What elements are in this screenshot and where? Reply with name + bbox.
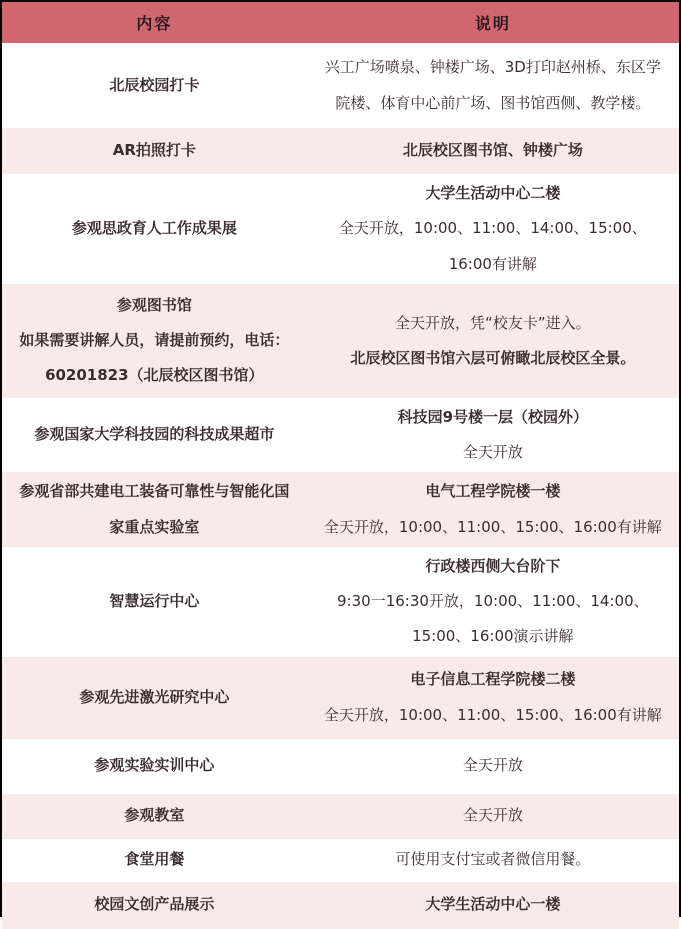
table-row: 校园文创产品展示 大学生活动中心一楼 [2, 882, 679, 929]
desc-cell: 可使用支付宝或者微信用餐。 [307, 839, 679, 882]
desc-line: 大学生活动中心一楼 [319, 887, 667, 922]
content-cell: 校园文创产品展示 [2, 882, 307, 929]
header-cell-content: 内容 [2, 2, 307, 43]
content-cell: 参观实验实训中心 [2, 739, 307, 794]
desc-cell: 兴工广场喷泉、钟楼广场、3D打印赵州桥、东区学院楼、体育中心前广场、图书馆西侧、… [307, 43, 679, 128]
desc-line: 全天开放 [319, 435, 667, 470]
desc-line: 9:30一16:30开放，10:00、11:00、14:00、15:00、16:… [319, 584, 667, 655]
desc-line: 北辰校区图书馆、钟楼广场 [319, 133, 667, 168]
table-row: 参观图书馆 如果需要讲解人员，请提前预约，电话：60201823（北辰校区图书馆… [2, 284, 679, 398]
table-row: 参观思政育人工作成果展 大学生活动中心二楼 全天开放，10:00、11:00、1… [2, 174, 679, 284]
content-line: 如果需要讲解人员，请提前预约，电话：60201823（北辰校区图书馆） [14, 323, 295, 394]
desc-cell: 全天开放 [307, 739, 679, 794]
table-row: 参观省部共建电工装备可靠性与智能化国家重点实验室 电气工程学院楼一楼 全天开放，… [2, 472, 679, 547]
table-row: AR拍照打卡 北辰校区图书馆、钟楼广场 [2, 128, 679, 174]
desc-line: 全天开放，10:00、11:00、14:00、15:00、16:00有讲解 [319, 211, 667, 282]
content-cell: 参观国家大学科技园的科技成果超市 [2, 398, 307, 473]
desc-cell: 北辰校区图书馆、钟楼广场 [307, 128, 679, 174]
content-line: 北辰校园打卡 [14, 68, 295, 103]
table-row: 智慧运行中心 行政楼西侧大台阶下 9:30一16:30开放，10:00、11:0… [2, 547, 679, 657]
content-line: AR拍照打卡 [14, 133, 295, 168]
table-row: 参观先进激光研究中心 电子信息工程学院楼二楼 全天开放，10:00、11:00、… [2, 657, 679, 739]
table-row: 参观教室 全天开放 [2, 794, 679, 839]
content-line: 参观教室 [14, 798, 295, 833]
content-cell: 智慧运行中心 [2, 547, 307, 657]
content-line: 参观思政育人工作成果展 [14, 211, 295, 246]
content-cell: AR拍照打卡 [2, 128, 307, 174]
schedule-table: 内容 说明 北辰校园打卡 兴工广场喷泉、钟楼广场、3D打印赵州桥、东区学院楼、体… [0, 0, 681, 917]
content-line: 参观国家大学科技园的科技成果超市 [14, 417, 295, 452]
table-row: 参观国家大学科技园的科技成果超市 科技园9号楼一层（校园外） 全天开放 [2, 398, 679, 473]
content-line: 智慧运行中心 [14, 584, 295, 619]
content-cell: 参观先进激光研究中心 [2, 657, 307, 739]
desc-line: 全天开放，10:00、11:00、15:00、16:00有讲解 [319, 698, 667, 733]
desc-line: 行政楼西侧大台阶下 [319, 549, 667, 584]
content-line: 参观图书馆 [14, 288, 295, 323]
content-line: 校园文创产品展示 [14, 887, 295, 922]
desc-cell: 电气工程学院楼一楼 全天开放，10:00、11:00、15:00、16:00有讲… [307, 472, 679, 547]
desc-cell: 科技园9号楼一层（校园外） 全天开放 [307, 398, 679, 473]
desc-cell: 全天开放 [307, 794, 679, 839]
content-cell: 北辰校园打卡 [2, 43, 307, 128]
desc-line: 全天开放，10:00、11:00、15:00、16:00有讲解 [319, 510, 667, 545]
desc-line: 科技园9号楼一层（校园外） [319, 400, 667, 435]
campus-open-day-table: 内容 说明 北辰校园打卡 兴工广场喷泉、钟楼广场、3D打印赵州桥、东区学院楼、体… [2, 2, 679, 929]
desc-line: 大学生活动中心二楼 [319, 176, 667, 211]
header-cell-desc: 说明 [307, 2, 679, 43]
desc-line: 全天开放 [319, 748, 667, 783]
content-cell: 参观省部共建电工装备可靠性与智能化国家重点实验室 [2, 472, 307, 547]
content-line: 参观实验实训中心 [14, 748, 295, 783]
content-cell: 参观图书馆 如果需要讲解人员，请提前预约，电话：60201823（北辰校区图书馆… [2, 284, 307, 398]
desc-line: 全天开放，凭“校友卡”进入。 [319, 306, 667, 341]
desc-line: 全天开放 [319, 798, 667, 833]
content-line: 食堂用餐 [14, 842, 295, 877]
desc-line: 可使用支付宝或者微信用餐。 [319, 842, 667, 877]
table-row: 北辰校园打卡 兴工广场喷泉、钟楼广场、3D打印赵州桥、东区学院楼、体育中心前广场… [2, 43, 679, 128]
table-row: 食堂用餐 可使用支付宝或者微信用餐。 [2, 839, 679, 882]
desc-cell: 全天开放，凭“校友卡”进入。 北辰校区图书馆六层可俯瞰北辰校区全景。 [307, 284, 679, 398]
header-row: 内容 说明 [2, 2, 679, 43]
content-line: 参观先进激光研究中心 [14, 680, 295, 715]
desc-cell: 电子信息工程学院楼二楼 全天开放，10:00、11:00、15:00、16:00… [307, 657, 679, 739]
desc-line: 电子信息工程学院楼二楼 [319, 662, 667, 697]
desc-cell: 行政楼西侧大台阶下 9:30一16:30开放，10:00、11:00、14:00… [307, 547, 679, 657]
content-line: 参观省部共建电工装备可靠性与智能化国家重点实验室 [14, 474, 295, 545]
table-row: 参观实验实训中心 全天开放 [2, 739, 679, 794]
desc-cell: 大学生活动中心一楼 [307, 882, 679, 929]
content-cell: 参观教室 [2, 794, 307, 839]
desc-line: 电气工程学院楼一楼 [319, 474, 667, 509]
desc-cell: 大学生活动中心二楼 全天开放，10:00、11:00、14:00、15:00、1… [307, 174, 679, 284]
desc-line: 北辰校区图书馆六层可俯瞰北辰校区全景。 [319, 341, 667, 376]
content-cell: 食堂用餐 [2, 839, 307, 882]
desc-line: 兴工广场喷泉、钟楼广场、3D打印赵州桥、东区学院楼、体育中心前广场、图书馆西侧、… [319, 50, 667, 121]
content-cell: 参观思政育人工作成果展 [2, 174, 307, 284]
